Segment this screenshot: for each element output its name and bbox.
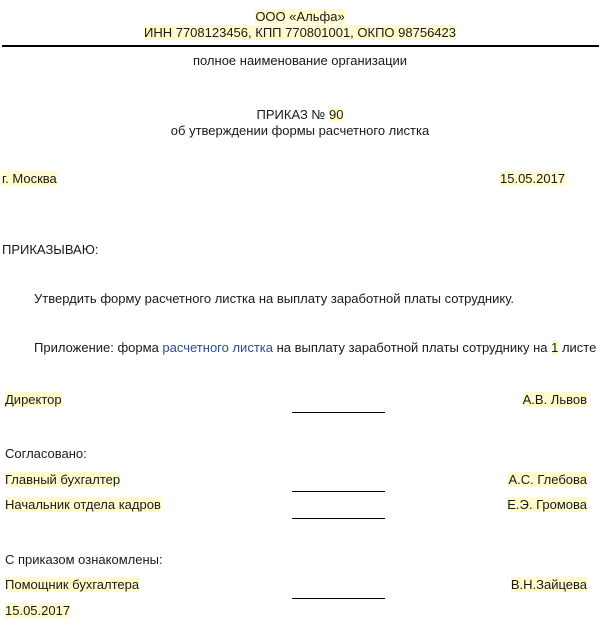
director-name-text: А.В. Львов	[523, 392, 587, 407]
order-title: ПРИКАЗ № 90	[0, 107, 600, 123]
agreed-position-1-text: Главный бухгалтер	[5, 472, 120, 487]
agreed-name-2-text: Е.Э. Громова	[507, 497, 587, 512]
agreed-signature-line-2	[292, 518, 385, 519]
acquainted-name-1-text: В.Н.Зайцева	[511, 577, 587, 592]
order-number: 90	[329, 107, 343, 122]
acquainted-position-1: Помощник бухгалтера	[5, 577, 139, 593]
order-item-1: Утвердить форму расчетного листка на вып…	[34, 291, 514, 307]
org-codes: ИНН 7708123456, КПП 770801001, ОКПО 9875…	[144, 25, 456, 40]
acquainted-date-1-text: 15.05.2017	[5, 603, 70, 618]
agreed-signature-line-1	[292, 491, 385, 492]
director-position: Директор	[5, 392, 62, 408]
director-name: А.В. Львов	[523, 392, 587, 408]
city: г. Москва	[2, 171, 57, 187]
order-date-text: 15.05.2017	[500, 171, 565, 186]
appendix-link[interactable]: расчетного листка	[162, 340, 273, 355]
acquainted-date-1: 15.05.2017	[5, 603, 70, 619]
appendix-line: Приложение: форма расчетного листка на в…	[34, 340, 596, 356]
acquainted-label: С приказом ознакомлены:	[5, 552, 163, 568]
director-signature-line	[292, 412, 385, 413]
agreed-label: Согласовано:	[5, 446, 87, 462]
acquainted-signature-line-1	[292, 598, 385, 599]
agreed-position-1: Главный бухгалтер	[5, 472, 120, 488]
order-date: 15.05.2017	[500, 171, 565, 187]
header-divider	[2, 45, 599, 47]
city-text: г. Москва	[2, 171, 57, 186]
order-title-prefix: ПРИКАЗ №	[257, 107, 329, 122]
agreed-name-1-text: А.С. Глебова	[508, 472, 587, 487]
appendix-prefix: Приложение: форма	[34, 340, 162, 355]
acquainted-position-1-text: Помощник бухгалтера	[5, 577, 139, 592]
agreed-name-1: А.С. Глебова	[508, 472, 587, 488]
director-position-text: Директор	[5, 392, 62, 407]
agreed-name-2: Е.Э. Громова	[507, 497, 587, 513]
agreed-position-2-text: Начальник отдела кадров	[5, 497, 161, 512]
appendix-suffix: листе	[558, 340, 596, 355]
acquainted-name-1: В.Н.Зайцева	[511, 577, 587, 593]
org-caption: полное наименование организации	[0, 53, 600, 69]
agreed-position-2: Начальник отдела кадров	[5, 497, 161, 513]
command-heading: ПРИКАЗЫВАЮ:	[2, 242, 98, 258]
appendix-middle: на выплату заработной платы сотруднику н…	[273, 340, 551, 355]
order-subtitle: об утверждении формы расчетного листка	[0, 123, 600, 139]
org-name: ООО «Альфа»	[255, 9, 344, 24]
org-name-line: ООО «Альфа»	[0, 9, 600, 25]
org-codes-line: ИНН 7708123456, КПП 770801001, ОКПО 9875…	[0, 25, 600, 41]
